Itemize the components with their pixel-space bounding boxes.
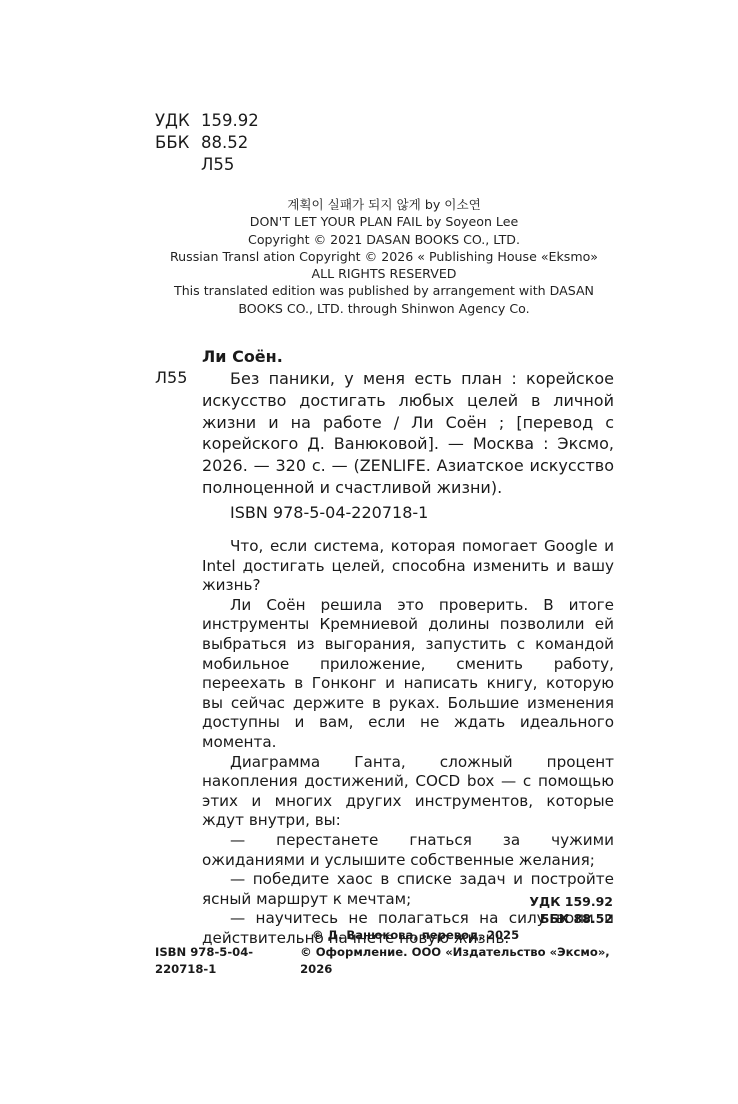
annotation-paragraph: Диаграмма Ганта, сложный процент накопле… [202, 753, 614, 831]
isbn: ISBN 978-5-04-220718-1 [230, 503, 428, 522]
udk-value: 159.92 [201, 110, 259, 132]
copyright-block: 계획이 실패가 되지 않게 by 이소연 DON'T LET YOUR PLAN… [150, 196, 618, 317]
annotation: Что, если система, которая помогает Goog… [202, 537, 614, 948]
bibliographic-description: Без паники, у меня есть план : корейское… [202, 368, 614, 499]
copyright-line: Copyright © 2021 DASAN BOOKS CO., LTD. [150, 231, 618, 248]
footer-bbk: ББК 88.52 [529, 910, 613, 927]
author-heading: Ли Соён. [202, 347, 283, 366]
copyright-line: DON'T LET YOUR PLAN FAIL by Soyeon Lee [150, 213, 618, 230]
bbk-label: ББК [155, 132, 201, 154]
description-text: Без паники, у меня есть план : корейское… [202, 368, 614, 499]
copyright-line: ALL RIGHTS RESERVED [150, 265, 618, 282]
udk-label: УДК [155, 110, 201, 132]
annotation-paragraph: Ли Соён решила это проверить. В итоге ин… [202, 596, 614, 753]
translation-copyright: © Д. Ванюкова, перевод, 2025 [155, 927, 615, 944]
footer-codes: УДК 159.92 ББК 88.52 [529, 893, 613, 927]
footer-udk: УДК 159.92 [529, 893, 613, 910]
annotation-paragraph: — перестанете гнаться за чужими ожидания… [202, 831, 614, 870]
annotation-paragraph: Что, если система, которая помогает Goog… [202, 537, 614, 596]
copyright-line: This translated edition was published by… [150, 282, 618, 299]
footer-imprint: © Д. Ванюкова, перевод, 2025 ISBN 978-5-… [155, 927, 615, 978]
bib-author-mark: Л55 [155, 368, 187, 387]
design-copyright: © Оформление. ООО «Издательство «Эксмо»,… [300, 944, 615, 978]
classification-codes: УДК159.92 ББК88.52 Л55 [155, 110, 259, 176]
author-mark: Л55 [201, 154, 234, 176]
footer-isbn: ISBN 978-5-04-220718-1 [155, 944, 300, 978]
copyright-line: 계획이 실패가 되지 않게 by 이소연 [150, 196, 618, 213]
copyright-line: BOOKS CO., LTD. through Shinwon Agency C… [150, 300, 618, 317]
copyright-line: Russian Transl ation Copyright © 2026 « … [150, 248, 618, 265]
bbk-value: 88.52 [201, 132, 248, 154]
